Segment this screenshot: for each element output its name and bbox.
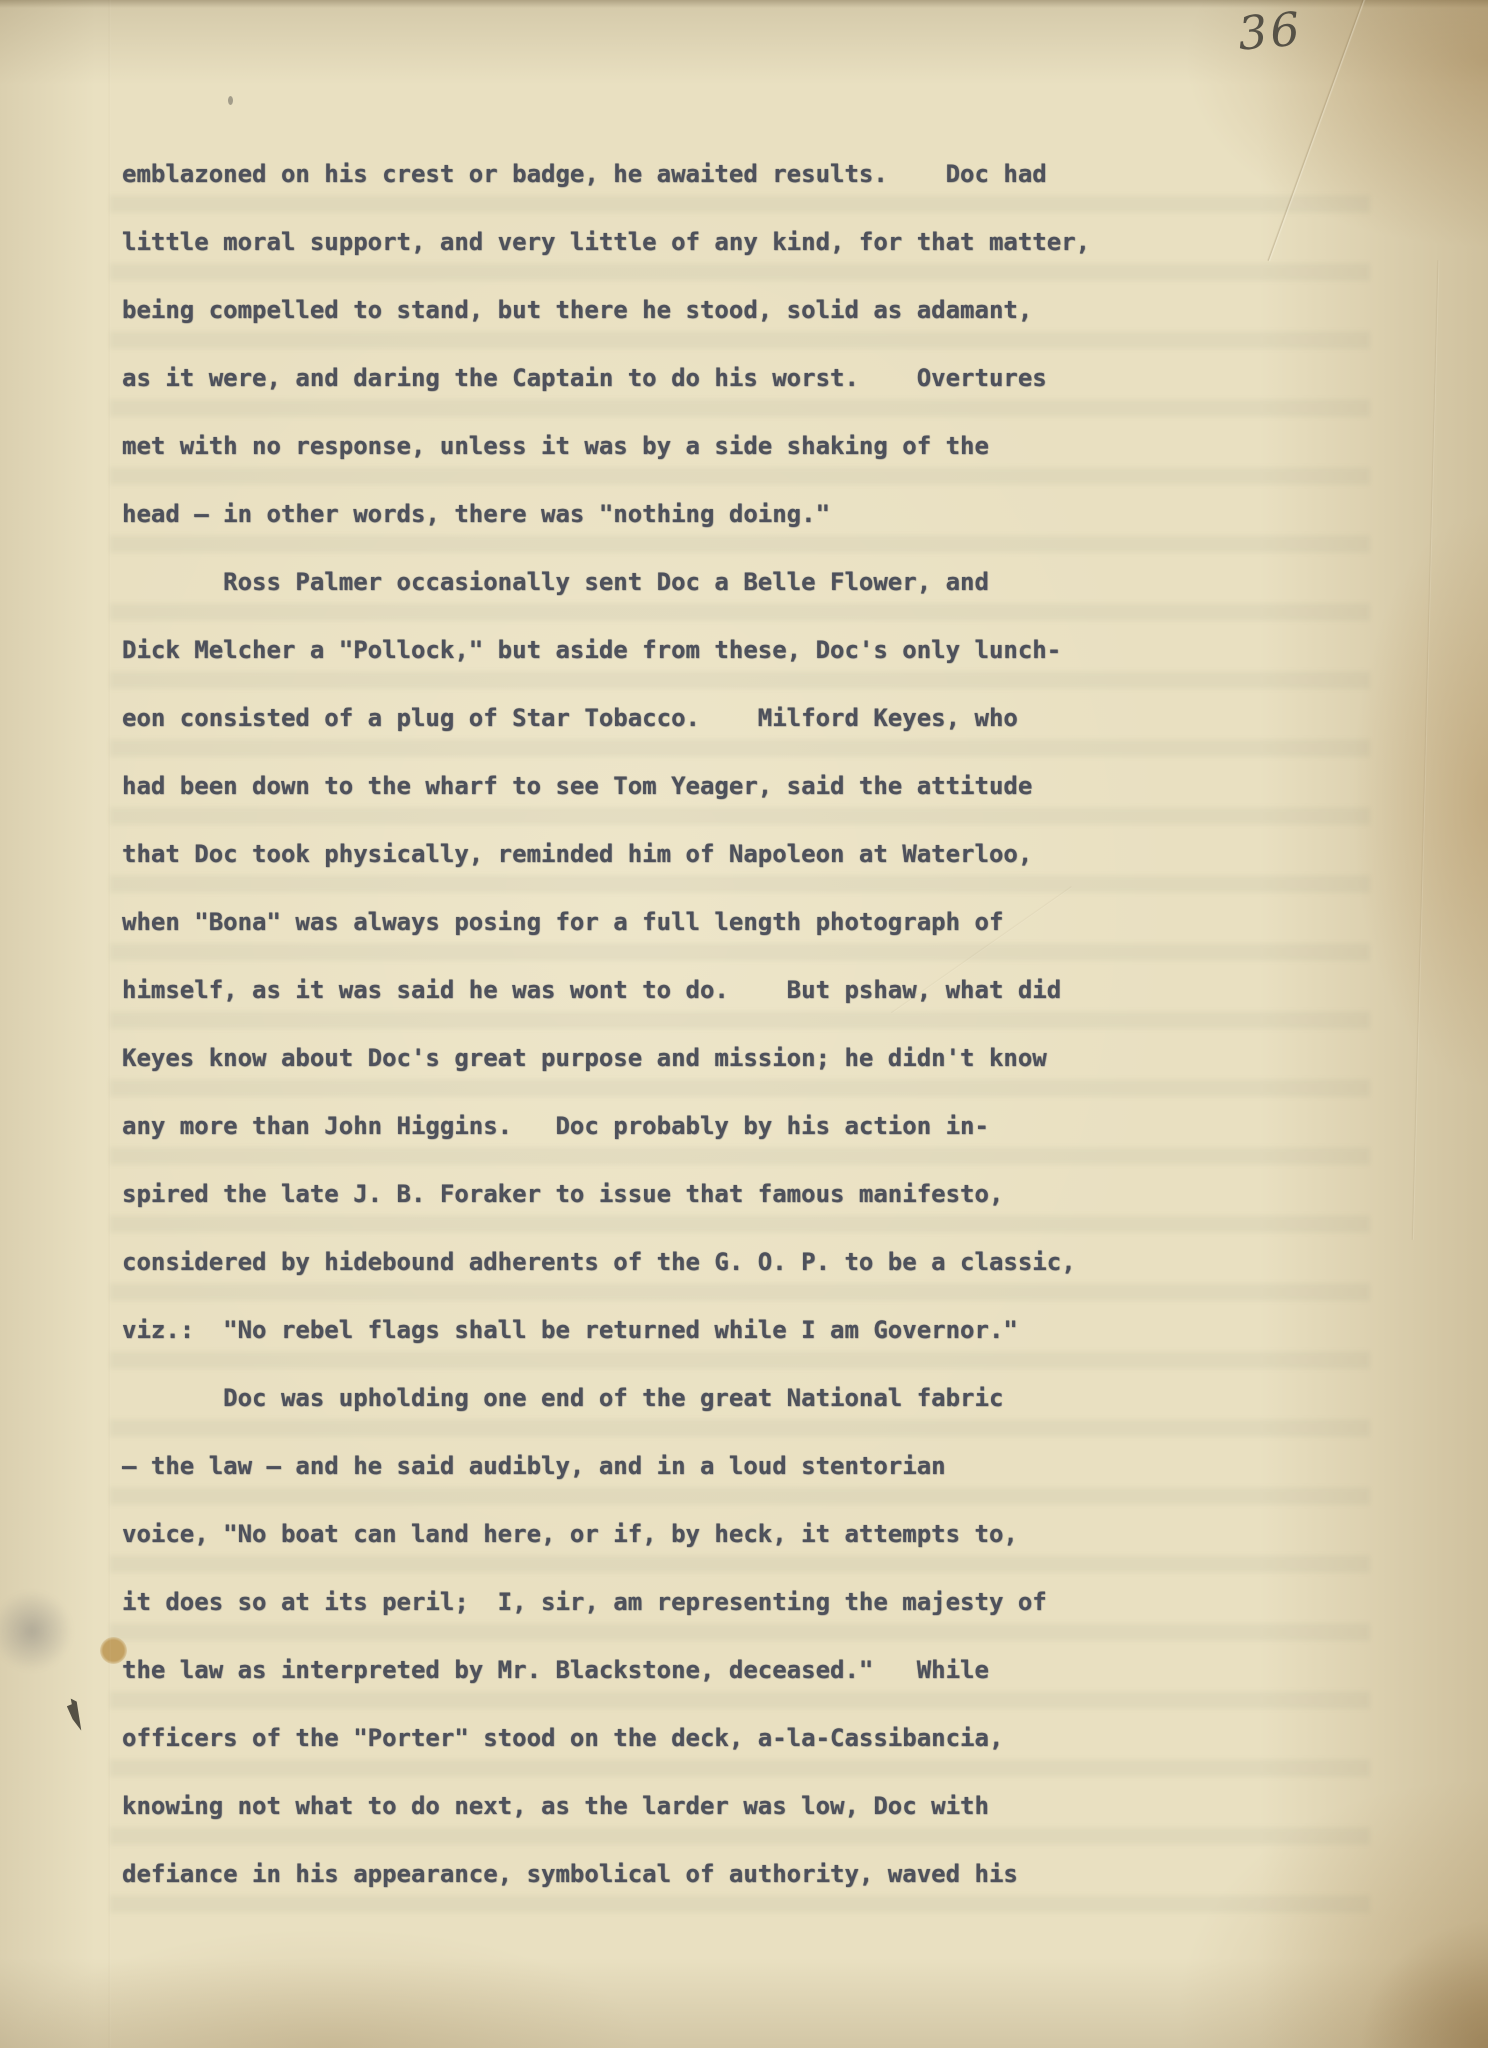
text-line: officers of the "Porter" stood on the de… <box>122 1704 1422 1772</box>
pencil-smudge <box>0 1588 72 1674</box>
text-line: Ross Palmer occasionally sent Doc a Bell… <box>122 548 1422 616</box>
text-line: any more than John Higgins. Doc probably… <box>122 1092 1422 1160</box>
text-line: as it were, and daring the Captain to do… <box>122 344 1422 412</box>
paper-fleck <box>228 96 233 105</box>
typed-text-block: emblazoned on his crest or badge, he awa… <box>122 140 1422 1908</box>
fold-crease-left <box>108 0 111 2048</box>
text-line: spired the late J. B. Foraker to issue t… <box>122 1160 1422 1228</box>
text-line: met with no response, unless it was by a… <box>122 412 1422 480</box>
text-line: voice, "No boat can land here, or if, by… <box>122 1500 1422 1568</box>
text-line: emblazoned on his crest or badge, he awa… <box>122 140 1422 208</box>
text-line: considered by hidebound adherents of the… <box>122 1228 1422 1296</box>
text-line: Keyes know about Doc's great purpose and… <box>122 1024 1422 1092</box>
text-line: defiance in his appearance, symbolical o… <box>122 1840 1422 1908</box>
manuscript-page: 36 emblazoned on his crest or badge, he … <box>0 0 1488 2048</box>
text-line: the law as interpreted by Mr. Blackstone… <box>122 1636 1422 1704</box>
stray-tick-mark <box>64 1698 84 1731</box>
text-line: knowing not what to do next, as the lard… <box>122 1772 1422 1840</box>
text-line: — the law — and he said audibly, and in … <box>122 1432 1422 1500</box>
text-line: being compelled to stand, but there he s… <box>122 276 1422 344</box>
text-line: Doc was upholding one end of the great N… <box>122 1364 1422 1432</box>
text-line: Dick Melcher a "Pollock," but aside from… <box>122 616 1422 684</box>
text-line: when "Bona" was always posing for a full… <box>122 888 1422 956</box>
text-line: had been down to the wharf to see Tom Ye… <box>122 752 1422 820</box>
text-line: viz.: "No rebel flags shall be returned … <box>122 1296 1422 1364</box>
text-line: eon consisted of a plug of Star Tobacco.… <box>122 684 1422 752</box>
text-line: that Doc took physically, reminded him o… <box>122 820 1422 888</box>
text-line: it does so at its peril; I, sir, am repr… <box>122 1568 1422 1636</box>
text-line: himself, as it was said he was wont to d… <box>122 956 1422 1024</box>
text-line: little moral support, and very little of… <box>122 208 1422 276</box>
text-line: head — in other words, there was "nothin… <box>122 480 1422 548</box>
page-number: 36 <box>1236 1 1305 60</box>
